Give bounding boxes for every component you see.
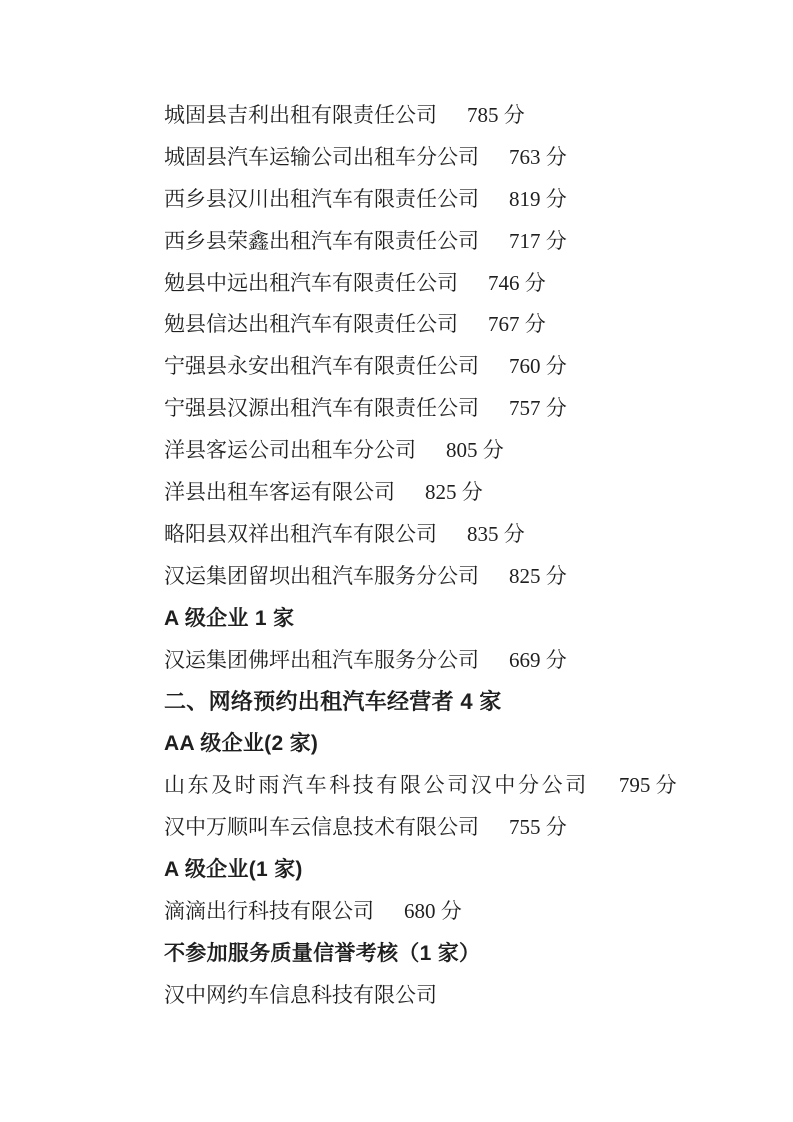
- company-score: 763 分: [509, 145, 567, 169]
- company-score-row: 西乡县荣鑫出租汽车有限责任公司717 分: [164, 221, 753, 263]
- company-name: 城固县吉利出租有限责任公司: [164, 103, 437, 127]
- company-score: 755 分: [509, 815, 567, 839]
- company-score: 795 分: [619, 773, 677, 797]
- company-name: 勉县中远出租汽车有限责任公司: [164, 271, 458, 295]
- company-name: 宁强县汉源出租汽车有限责任公司: [164, 396, 479, 420]
- grade-a-heading: A 级企业 1 家: [164, 598, 753, 640]
- company-name: 勉县信达出租汽车有限责任公司: [164, 312, 458, 336]
- company-name: 西乡县汉川出租汽车有限责任公司: [164, 187, 479, 211]
- company-score-row: 宁强县永安出租汽车有限责任公司760 分: [164, 346, 753, 388]
- section-2-heading: 二、网络预约出租汽车经营者 4 家: [164, 681, 753, 723]
- company-name: 滴滴出行科技有限公司: [164, 899, 374, 923]
- company-score-row: 勉县信达出租汽车有限责任公司767 分: [164, 304, 753, 346]
- company-name: 汉中万顺叫车云信息技术有限公司: [164, 815, 479, 839]
- company-score-row: 汉中网约车信息科技有限公司: [164, 975, 753, 1017]
- no-assessment-heading: 不参加服务质量信誉考核（1 家）: [164, 933, 753, 975]
- company-score: 669 分: [509, 648, 567, 672]
- company-score: 757 分: [509, 396, 567, 420]
- company-score-row: 洋县客运公司出租车分公司805 分: [164, 430, 753, 472]
- company-score: 825 分: [509, 564, 567, 588]
- company-name: 洋县客运公司出租车分公司: [164, 438, 416, 462]
- document-page: 城固县吉利出租有限责任公司785 分 城固县汽车运输公司出租车分公司763 分 …: [164, 95, 753, 1017]
- company-score: 805 分: [446, 438, 504, 462]
- company-name: 汉运集团留坝出租汽车服务分公司: [164, 564, 479, 588]
- company-score-row: 汉中万顺叫车云信息技术有限公司755 分: [164, 807, 753, 849]
- company-name: 汉中网约车信息科技有限公司: [164, 983, 437, 1007]
- company-score: 819 分: [509, 187, 567, 211]
- company-name: 汉运集团佛坪出租汽车服务分公司: [164, 648, 479, 672]
- company-score: 767 分: [488, 312, 546, 336]
- company-score-row: 宁强县汉源出租汽车有限责任公司757 分: [164, 388, 753, 430]
- company-name: 洋县出租车客运有限公司: [164, 480, 395, 504]
- company-name: 城固县汽车运输公司出租车分公司: [164, 145, 479, 169]
- company-score: 825 分: [425, 480, 483, 504]
- company-score: 785 分: [467, 103, 525, 127]
- company-score: 835 分: [467, 522, 525, 546]
- company-score: 746 分: [488, 271, 546, 295]
- company-name: 西乡县荣鑫出租汽车有限责任公司: [164, 229, 479, 253]
- company-score: 760 分: [509, 354, 567, 378]
- company-score-row: 汉运集团留坝出租汽车服务分公司825 分: [164, 556, 753, 598]
- company-score-row: 滴滴出行科技有限公司680 分: [164, 891, 753, 933]
- company-score-row: 汉运集团佛坪出租汽车服务分公司669 分: [164, 640, 753, 682]
- company-score: 717 分: [509, 229, 567, 253]
- company-score-row: 洋县出租车客运有限公司825 分: [164, 472, 753, 514]
- company-name: 山东及时雨汽车科技有限公司汉中分公司: [164, 773, 589, 797]
- grade-aa-heading: AA 级企业(2 家): [164, 723, 753, 765]
- company-name: 略阳县双祥出租汽车有限公司: [164, 522, 437, 546]
- company-score-row: 城固县吉利出租有限责任公司785 分: [164, 95, 753, 137]
- company-name: 宁强县永安出租汽车有限责任公司: [164, 354, 479, 378]
- grade-a-heading-2: A 级企业(1 家): [164, 849, 753, 891]
- company-score-row: 山东及时雨汽车科技有限公司汉中分公司795 分: [164, 765, 753, 807]
- company-score-row: 勉县中远出租汽车有限责任公司746 分: [164, 263, 753, 305]
- company-score-row: 西乡县汉川出租汽车有限责任公司819 分: [164, 179, 753, 221]
- company-score-row: 城固县汽车运输公司出租车分公司763 分: [164, 137, 753, 179]
- company-score: 680 分: [404, 899, 462, 923]
- company-score-row: 略阳县双祥出租汽车有限公司835 分: [164, 514, 753, 556]
